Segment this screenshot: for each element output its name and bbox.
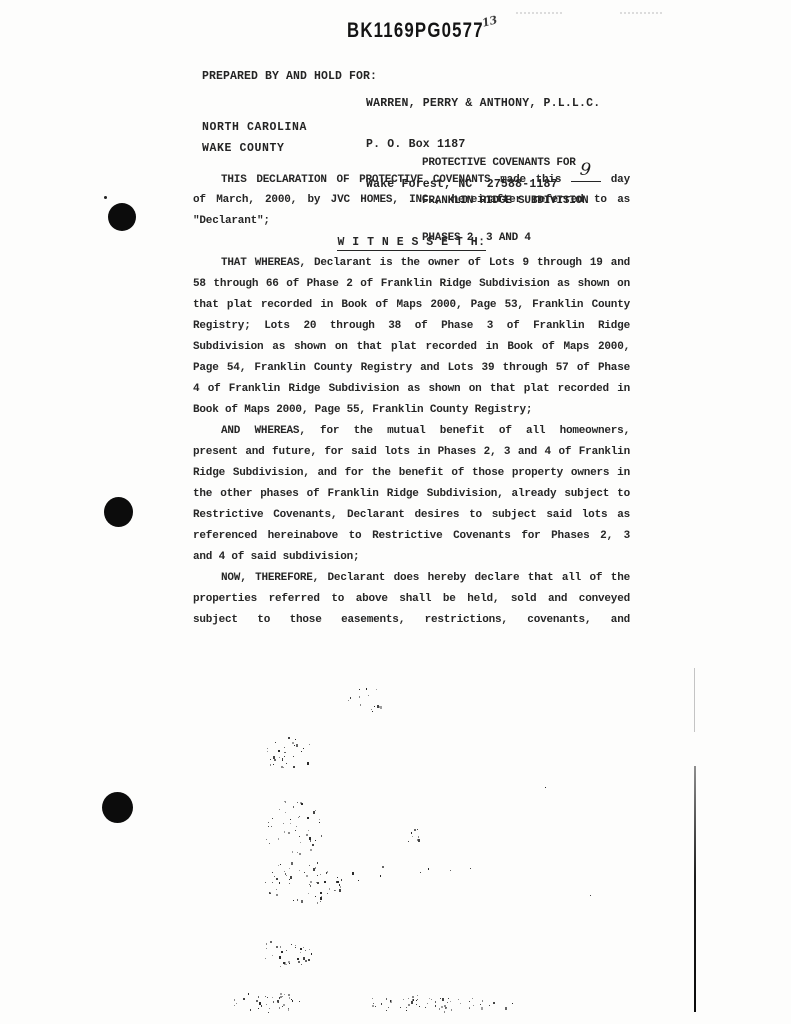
body-line: AND WHEREAS, for the mutual benefit of a… [193, 421, 630, 442]
noise-speck [469, 1001, 470, 1002]
noise-speck [296, 744, 298, 747]
body-line: subject to those easements, restrictions… [193, 610, 630, 631]
noise-speck [270, 759, 271, 760]
noise-speck [419, 1006, 420, 1007]
noise-speck [309, 884, 310, 885]
noise-speck [337, 877, 338, 878]
noise-speck [295, 947, 296, 948]
noise-speck [291, 999, 292, 1000]
scan-scratch-line [694, 668, 695, 732]
noise-speck [267, 997, 268, 998]
noise-speck [300, 948, 302, 950]
noise-speck [417, 999, 418, 1000]
noise-speck [296, 826, 297, 827]
noise-speck [312, 844, 314, 846]
noise-speck [310, 849, 312, 851]
noise-speck [280, 993, 282, 995]
noise-speck [266, 943, 267, 945]
body-line: Book of Maps 2000, Page 55, Franklin Cou… [193, 400, 630, 421]
noise-speck [380, 875, 381, 877]
noise-speck [270, 941, 272, 943]
noise-speck [374, 706, 375, 707]
noise-speck [382, 866, 384, 868]
noise-speck [458, 999, 459, 1000]
noise-speck [310, 885, 311, 887]
noise-speck [304, 872, 305, 873]
noise-speck [293, 900, 294, 901]
noise-speck [317, 862, 318, 864]
noise-speck [319, 819, 320, 820]
noise-speck [266, 839, 267, 840]
noise-speck [300, 952, 301, 953]
body-line: Subdivision as shown on that plat record… [193, 337, 630, 358]
noise-speck [265, 958, 266, 959]
body-line: that plat recorded in Book of Maps 2000,… [193, 295, 630, 316]
noise-speck [315, 840, 316, 841]
noise-speck [317, 875, 318, 876]
noise-speck [288, 1009, 289, 1011]
noise-speck [271, 826, 272, 827]
noise-speck [429, 998, 430, 999]
noise-speck [297, 852, 298, 853]
hole-punch-mark [102, 792, 133, 823]
noise-speck [278, 865, 279, 866]
noise-speck [294, 745, 295, 746]
noise-speck [274, 759, 276, 761]
noise-speck [300, 842, 301, 843]
noise-speck [279, 997, 280, 999]
noise-speck [292, 1000, 293, 1002]
noise-speck [371, 709, 372, 710]
noise-speck [267, 997, 268, 998]
noise-speck [284, 747, 285, 748]
noise-speck [279, 956, 281, 959]
noise-speck [265, 882, 266, 883]
noise-speck [284, 801, 285, 802]
noise-speck [505, 1007, 507, 1010]
noise-speck [289, 963, 290, 964]
noise-speck [285, 873, 286, 875]
noise-speck [306, 834, 308, 836]
title-line-1: PROTECTIVE COVENANTS FOR [422, 157, 588, 170]
noise-speck [412, 996, 414, 998]
noise-speck [307, 817, 309, 819]
noise-speck [313, 868, 315, 871]
body-line: Registry; Lots 20 through 38 of Phase 3 … [193, 316, 630, 337]
noise-speck [283, 1004, 285, 1006]
noise-speck [293, 806, 294, 808]
noise-speck [447, 1002, 448, 1003]
noise-speck [425, 1007, 426, 1008]
noise-speck [386, 1010, 387, 1011]
scan-scratch-line [694, 766, 696, 1012]
noise-speck [470, 868, 471, 869]
noise-speck [284, 994, 285, 995]
body-line: of March, 2000, by JVC HOMES, INC., here… [193, 190, 630, 211]
noise-speck [293, 756, 294, 757]
noise-speck [279, 882, 280, 884]
noise-speck [236, 1003, 237, 1004]
witnesseth-heading-text: W I T N E S S E T H: [337, 236, 485, 251]
firm-name: WARREN, PERRY & ANTHONY, P.L.L.C. [366, 97, 600, 111]
noise-speck [315, 896, 316, 897]
noise-speck [277, 1002, 278, 1003]
noise-speck [261, 1005, 262, 1007]
noise-speck [282, 996, 283, 997]
noise-speck [352, 872, 354, 875]
noise-speck [320, 897, 322, 900]
noise-speck [270, 892, 271, 893]
body-line: present and future, for said lots in Pha… [193, 442, 630, 463]
noise-speck [295, 830, 296, 831]
noise-speck [435, 1001, 436, 1003]
noise-speck [388, 1007, 389, 1008]
noise-speck [301, 900, 303, 903]
noise-speck [297, 802, 298, 803]
noise-speck [411, 1001, 413, 1004]
noise-speck [297, 899, 298, 901]
noise-speck [273, 756, 275, 759]
noise-speck [234, 999, 235, 1001]
noise-speck [284, 962, 286, 965]
noise-speck [272, 997, 273, 998]
noise-speck [320, 874, 321, 875]
noise-speck [428, 868, 429, 870]
hole-punch-mark [108, 203, 136, 231]
noise-speck [280, 946, 281, 948]
noise-speck [469, 1008, 470, 1009]
noise-speck [317, 902, 318, 904]
noise-speck [309, 865, 310, 866]
noise-speck [412, 999, 414, 1001]
noise-speck [299, 853, 301, 855]
noise-speck [300, 802, 302, 804]
noise-speck [340, 886, 341, 888]
noise-speck [372, 998, 373, 999]
noise-speck [268, 822, 269, 823]
noise-speck [379, 706, 381, 708]
noise-speck [446, 1008, 447, 1009]
noise-speck [416, 1000, 417, 1001]
noise-speck [286, 875, 287, 876]
noise-speck [284, 756, 285, 757]
noise-speck [439, 1008, 440, 1010]
noise-speck [327, 871, 328, 873]
body-line: Restrictive Covenants, Declarant desires… [193, 505, 630, 526]
body-line: and 4 of said subdivision; [193, 547, 630, 568]
state-label: NORTH CAROLINA [202, 121, 307, 134]
noise-speck [472, 998, 473, 999]
noise-speck [359, 689, 360, 690]
noise-speck [308, 893, 309, 894]
noise-speck [266, 1004, 267, 1005]
body-line-text: THIS DECLARATION OF PROTECTIVE COVENANTS… [221, 174, 561, 186]
noise-speck [360, 704, 361, 706]
noise-speck [276, 894, 278, 896]
noise-speck [366, 688, 367, 690]
hole-punch-mark [104, 497, 133, 527]
noise-speck [335, 890, 336, 891]
noise-speck [390, 1000, 391, 1002]
noise-speck [303, 947, 304, 948]
noise-speck [298, 817, 299, 818]
noise-speck [416, 1004, 417, 1005]
noise-speck [301, 803, 303, 805]
handwritten-day-value: 9 [579, 160, 592, 182]
noise-speck [348, 700, 349, 701]
noise-speck [307, 762, 309, 765]
noise-speck [442, 998, 444, 1001]
county-label: WAKE COUNTY [202, 142, 285, 155]
noise-speck [303, 748, 304, 749]
noise-speck [269, 843, 270, 844]
noise-speck [288, 832, 290, 834]
noise-speck [272, 955, 273, 956]
noise-speck [469, 1007, 470, 1008]
noise-speck [336, 881, 337, 883]
noise-speck [301, 964, 302, 965]
noise-speck [292, 742, 294, 744]
noise-speck [481, 1007, 483, 1010]
noise-speck [305, 960, 307, 962]
noise-speck [417, 829, 418, 830]
noise-speck [444, 1005, 446, 1007]
noise-speck [286, 763, 287, 764]
noise-speck [280, 864, 281, 865]
noise-speck [293, 766, 295, 768]
noise-speck [334, 890, 335, 891]
noise-speck [289, 997, 290, 999]
noise-speck [480, 1004, 481, 1005]
noise-speck [291, 862, 293, 865]
noise-speck [489, 1005, 490, 1006]
noise-speck [285, 812, 286, 813]
noise-speck [269, 892, 271, 894]
noise-speck [321, 835, 322, 837]
noise-speck [267, 751, 268, 752]
noise-speck [417, 839, 418, 841]
noise-speck [420, 872, 421, 873]
noise-speck [411, 832, 412, 834]
noise-speck [301, 751, 302, 752]
noise-speck [272, 872, 273, 873]
noise-speck [406, 1010, 407, 1011]
noise-speck [272, 882, 273, 883]
noise-speck [276, 946, 278, 948]
scanned-document-page: BK1169PG0577 13 PREPARED BY AND HOLD FOR… [0, 0, 791, 1024]
noise-speck [289, 868, 290, 869]
noise-speck [444, 1011, 445, 1013]
noise-speck [310, 881, 312, 883]
noise-speck [282, 760, 283, 761]
noise-speck [473, 1005, 474, 1006]
noise-speck [278, 750, 280, 752]
prepared-by-label: PREPARED BY AND HOLD FOR: [202, 70, 377, 83]
noise-speck [284, 871, 285, 872]
noise-speck [431, 999, 432, 1000]
noise-speck [377, 705, 379, 708]
noise-speck [259, 1002, 261, 1005]
noise-speck [290, 876, 292, 879]
noise-speck [281, 766, 283, 768]
scan-artifact-dash [620, 12, 662, 14]
noise-speck [250, 1009, 251, 1011]
noise-speck [412, 836, 413, 837]
noise-speck [390, 1000, 392, 1003]
noise-speck [299, 836, 300, 837]
noise-speck [286, 964, 287, 965]
noise-speck [417, 995, 418, 996]
noise-speck [276, 889, 277, 890]
noise-speck [284, 831, 285, 833]
noise-speck [440, 998, 441, 999]
noise-speck [315, 867, 316, 869]
noise-speck [299, 1001, 300, 1002]
noise-speck [243, 998, 245, 1000]
noise-speck [324, 881, 326, 883]
noise-speck [350, 697, 351, 699]
noise-speck [408, 841, 409, 842]
noise-speck [400, 1007, 401, 1008]
noise-speck [282, 1006, 283, 1007]
noise-speck [337, 881, 339, 883]
noise-speck [288, 737, 290, 739]
body-line: NOW, THEREFORE, Declarant does hereby de… [193, 568, 630, 589]
noise-speck [376, 689, 377, 690]
noise-speck [311, 953, 312, 955]
noise-speck [283, 962, 285, 964]
ink-speck [104, 196, 107, 199]
body-line: "Declarant"; [193, 211, 630, 232]
body-line-text: day [611, 174, 630, 186]
body-line: referenced hereinabove to Restrictive Co… [193, 526, 630, 547]
noise-speck [290, 823, 291, 824]
covenant-body-text: THIS DECLARATION OF PROTECTIVE COVENANTS… [193, 169, 630, 631]
noise-speck [281, 951, 283, 953]
handwritten-day-blank: 9 [571, 169, 601, 182]
noise-speck [326, 872, 327, 874]
noise-speck [313, 811, 315, 814]
noise-speck [268, 826, 269, 827]
noise-speck [339, 889, 341, 892]
noise-speck [329, 888, 330, 890]
noise-speck [299, 816, 300, 817]
noise-speck [279, 809, 280, 810]
noise-speck [308, 959, 310, 961]
noise-speck [441, 1006, 443, 1008]
noise-speck [493, 1002, 495, 1004]
noise-speck [279, 1007, 280, 1009]
scan-artifact-dash [516, 12, 562, 14]
noise-speck [276, 878, 278, 880]
noise-speck [341, 879, 342, 881]
noise-speck [359, 696, 360, 698]
noise-speck [278, 838, 279, 840]
noise-speck [277, 1000, 279, 1003]
noise-speck [418, 836, 419, 838]
noise-speck [386, 998, 387, 1000]
noise-speck [298, 961, 300, 963]
noise-speck [284, 752, 285, 753]
noise-speck [280, 966, 281, 967]
noise-speck [283, 767, 284, 768]
noise-speck [288, 961, 290, 963]
book-page-stamp: BK1169PG0577 [347, 19, 484, 43]
noise-speck [327, 893, 328, 894]
noise-speck [267, 748, 268, 749]
noise-speck [265, 996, 266, 997]
noise-speck [380, 706, 382, 709]
noise-speck [268, 1012, 269, 1013]
noise-speck [368, 695, 369, 696]
body-line: THIS DECLARATION OF PROTECTIVE COVENANTS… [193, 169, 630, 190]
noise-speck [275, 742, 276, 743]
noise-speck [435, 1005, 436, 1007]
noise-speck [512, 1003, 513, 1004]
body-line: Ridge Subdivision, and for the benefit o… [193, 463, 630, 484]
noise-speck [295, 739, 296, 740]
noise-speck [408, 1004, 410, 1006]
noise-speck [358, 880, 359, 881]
body-line: THAT WHEREAS, Declarant is the owner of … [193, 253, 630, 274]
noise-speck [305, 950, 306, 951]
noise-speck [450, 870, 451, 871]
noise-speck [295, 945, 296, 946]
body-line: 58 through 66 of Phase 2 of Franklin Rid… [193, 274, 630, 295]
noise-speck [305, 960, 306, 961]
noise-speck [414, 829, 416, 831]
noise-speck [309, 949, 310, 950]
noise-speck [460, 1003, 461, 1004]
noise-speck [320, 901, 321, 902]
noise-speck [482, 1000, 483, 1002]
noise-speck [289, 883, 290, 884]
noise-speck [292, 851, 293, 853]
noise-speck [381, 1003, 382, 1005]
noise-speck [234, 1005, 235, 1006]
noise-speck [317, 882, 319, 884]
noise-speck [303, 957, 305, 960]
noise-speck [299, 870, 300, 871]
noise-speck [403, 999, 404, 1000]
body-line: Page 54, Franklin County Registry and Lo… [193, 358, 630, 379]
noise-speck [266, 948, 267, 949]
noise-speck [590, 895, 591, 896]
noise-speck [316, 882, 317, 883]
noise-speck [319, 822, 320, 823]
body-line: properties referred to above shall be he… [193, 589, 630, 610]
noise-speck [297, 958, 299, 960]
noise-speck [273, 1001, 274, 1003]
noise-speck [373, 1003, 374, 1004]
noise-speck [272, 818, 273, 819]
noise-speck [308, 830, 309, 831]
noise-speck [289, 879, 290, 880]
body-line: the other phases of Franklin Ridge Subdi… [193, 484, 630, 505]
noise-speck [445, 1007, 447, 1009]
noise-speck [339, 884, 340, 886]
noise-speck [306, 875, 308, 877]
noise-speck [248, 993, 249, 995]
noise-speck [285, 752, 286, 753]
noise-speck [288, 1008, 289, 1009]
noise-speck [408, 998, 409, 999]
noise-speck [279, 757, 280, 758]
noise-speck [448, 998, 449, 999]
noise-speck [273, 764, 274, 765]
noise-speck [274, 876, 275, 877]
noise-speck [315, 810, 316, 811]
